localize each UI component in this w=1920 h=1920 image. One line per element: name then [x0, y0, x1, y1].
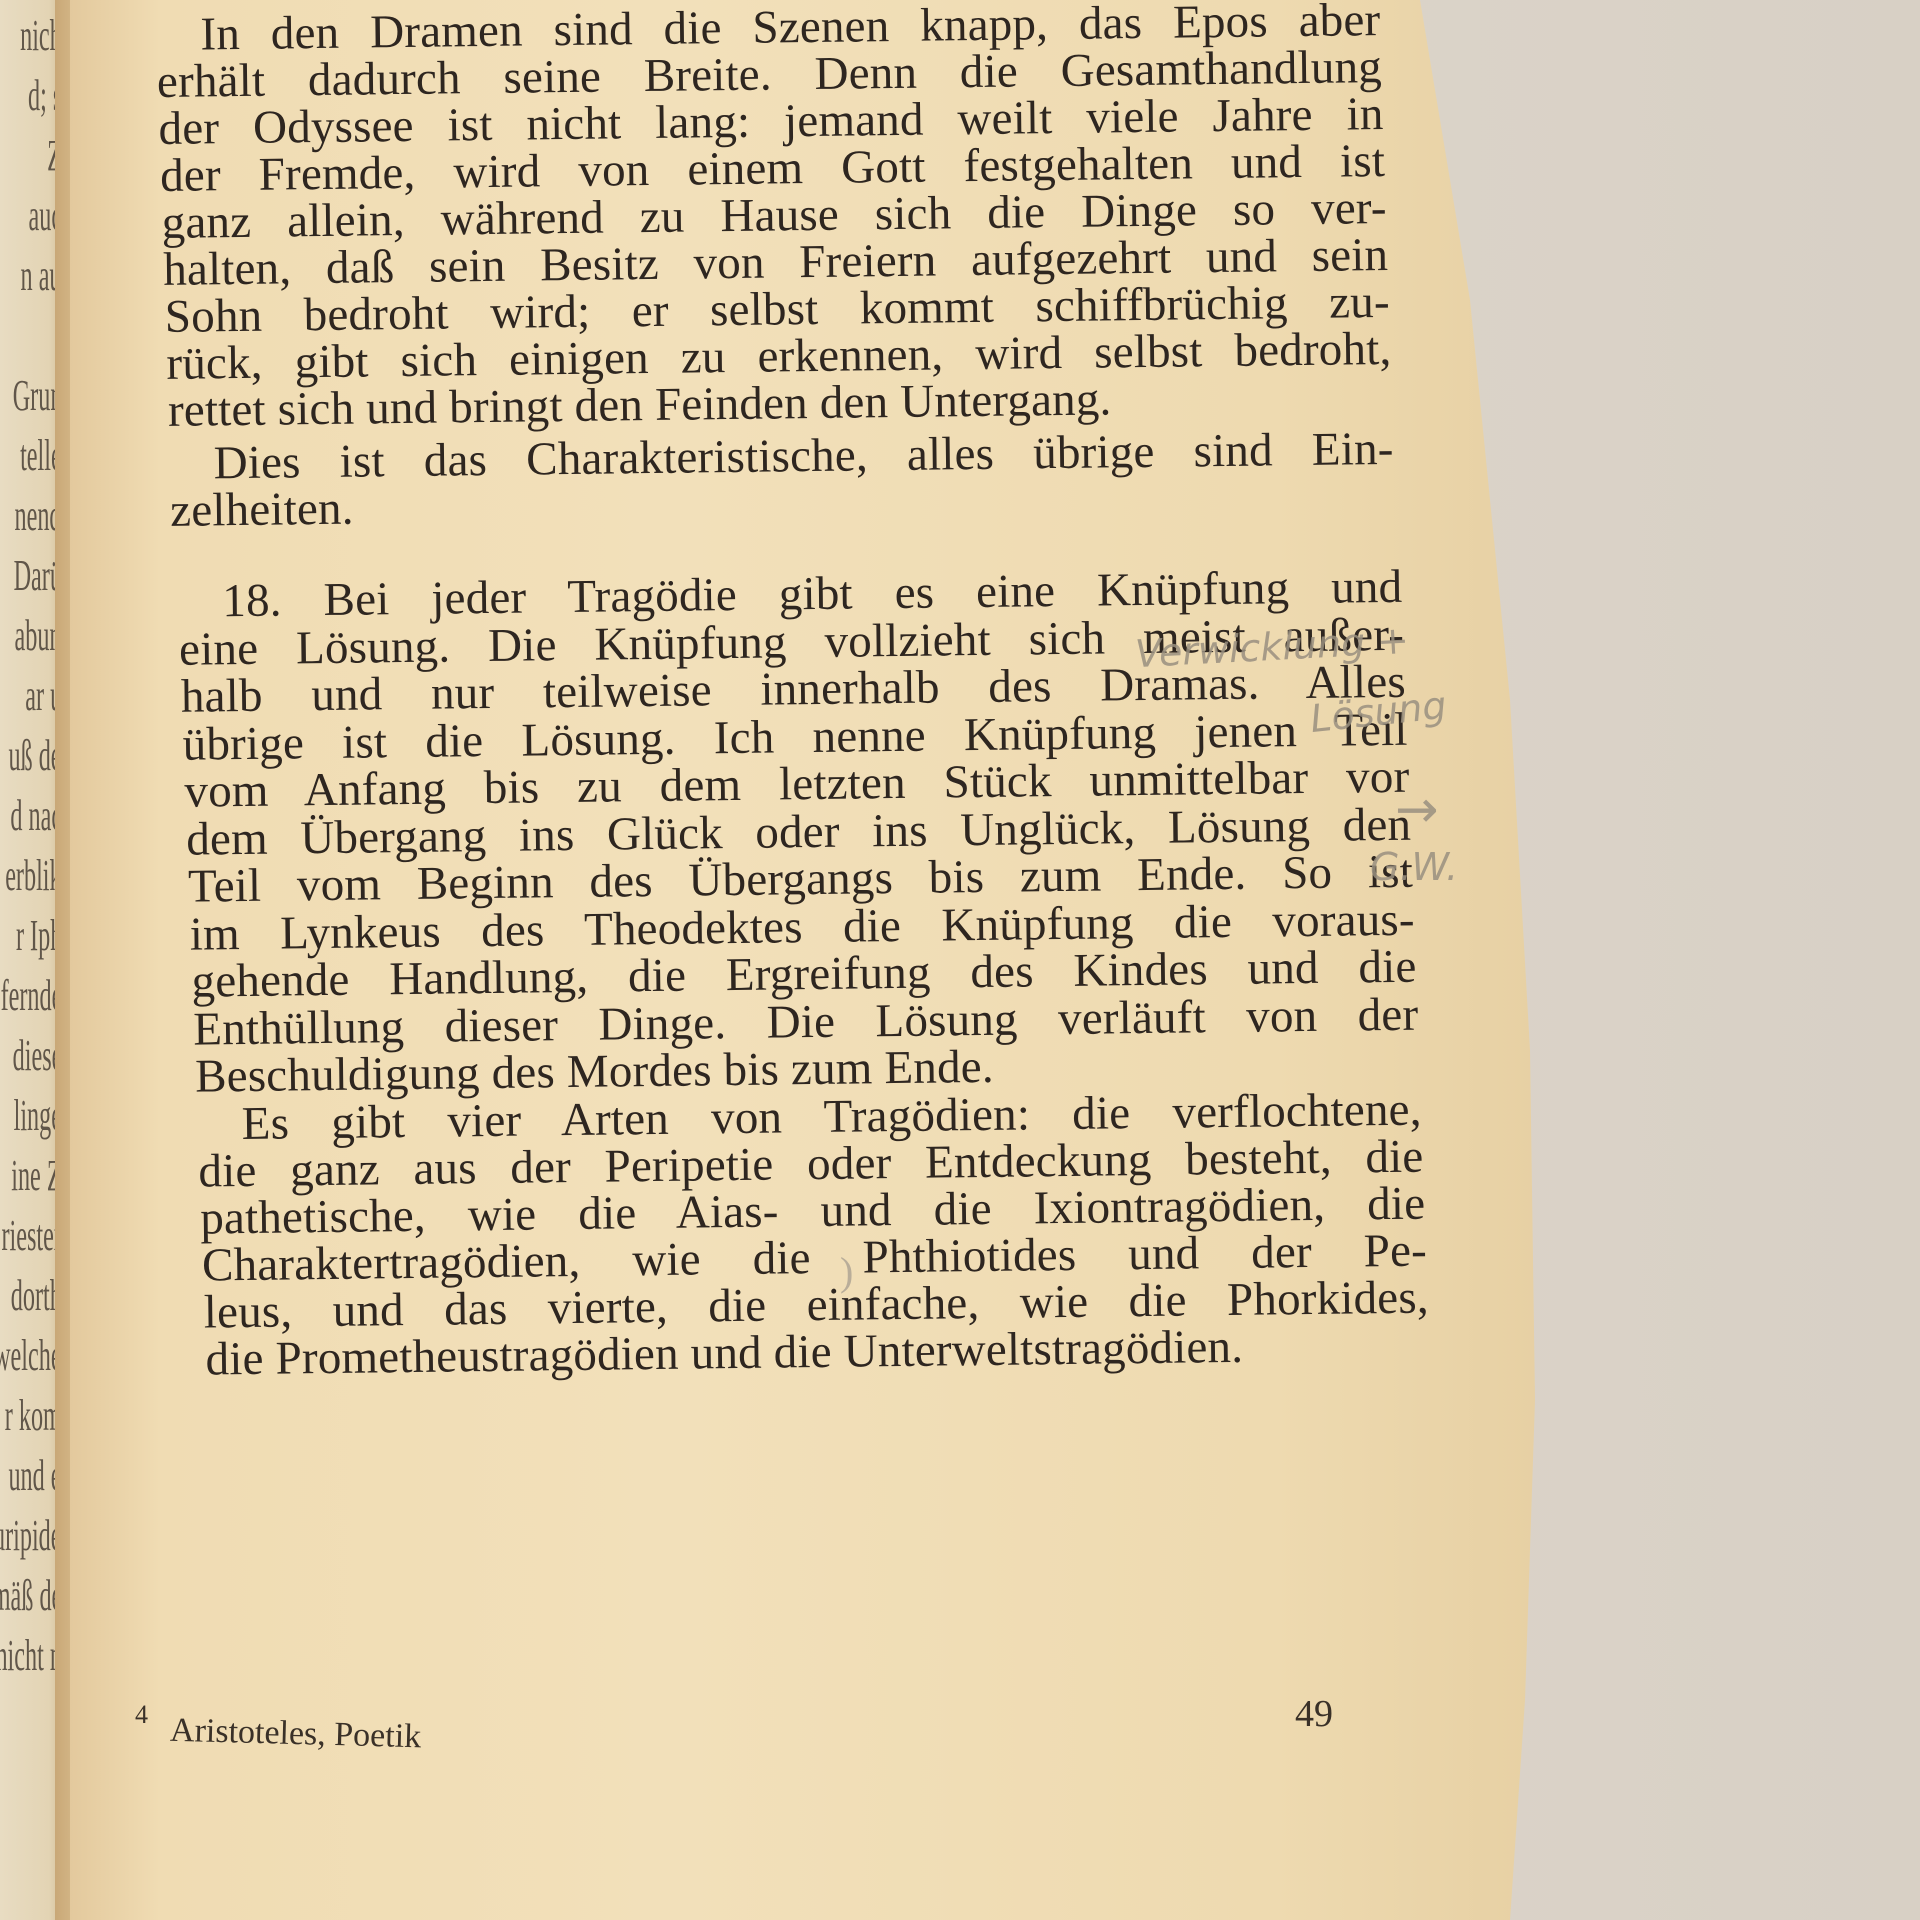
page-number: 49: [1295, 1692, 1333, 1736]
left-page-fragment: nicht n: [0, 1630, 62, 1681]
left-page-fragment: fernde: [0, 970, 62, 1021]
margin-note-initials: G.W.: [1370, 845, 1458, 889]
left-page-fragment: welche: [0, 1330, 62, 1381]
left-page-fragment: erblik: [6, 850, 62, 901]
left-page-fragment: riester: [2, 1210, 62, 1261]
signature-mark: 4: [135, 1700, 148, 1730]
left-page-fragment: r kom: [5, 1390, 62, 1441]
pencil-bracket-mark: ): [840, 1248, 853, 1295]
left-page-fragment: mäß de: [0, 1570, 62, 1621]
arrow-icon: →: [1395, 780, 1439, 840]
right-page: In den Dramen sind die Szenen knapp, das…: [70, 0, 1570, 1920]
running-footer-title: Aristoteles, Poetik: [170, 1712, 422, 1757]
left-page-fragment: Euripide: [0, 1510, 62, 1561]
